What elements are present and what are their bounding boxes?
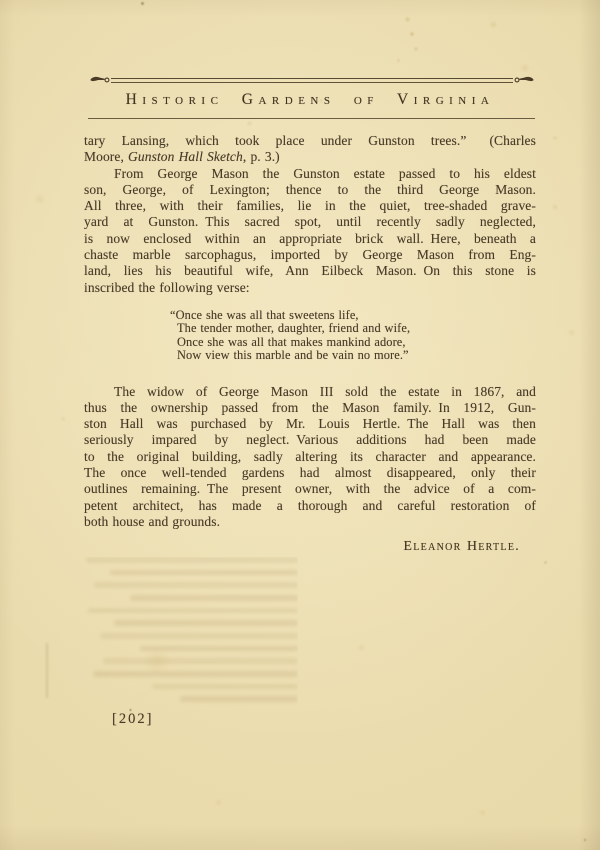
- foxing-spot: [60, 416, 66, 422]
- foxing-spot: [404, 16, 411, 23]
- show-through-line: [86, 557, 298, 563]
- foxing-spot: [246, 120, 253, 127]
- verse-line: “Once she was all that sweetens life,: [170, 309, 536, 322]
- text-line: inscribed the following verse:: [84, 280, 536, 296]
- text-line: petent architect, has made a thorough an…: [84, 498, 536, 514]
- scroll-ornament-right-icon: [513, 75, 535, 85]
- foxing-spot: [34, 193, 46, 205]
- verse-line: The tender mother, daughter, friend and …: [170, 322, 536, 335]
- verse-line: Once she was all that makes mankind ador…: [170, 336, 536, 349]
- text-line: chaste marble sarcophagus, imported by G…: [84, 247, 536, 263]
- text-line: The widow of George Mason III sold the e…: [84, 384, 536, 400]
- scroll-ornament-left-icon: [89, 75, 111, 85]
- text-line: Moore, Gunston Hall Sketch, p. 3.): [84, 149, 536, 165]
- show-through-line: [93, 671, 298, 677]
- show-through-line: [103, 658, 298, 664]
- show-through-line: [94, 582, 298, 588]
- show-through-line: [180, 696, 298, 702]
- foxing-spot: [583, 838, 587, 842]
- citation-post: , p. 3.): [243, 149, 280, 164]
- text-line: yard at Gunston. This sacred spot, until…: [84, 214, 536, 230]
- foxing-spot: [478, 808, 487, 817]
- text-line: ston Hall was purchased by Mr. Louis Her…: [84, 416, 536, 432]
- foxing-spot: [396, 58, 401, 63]
- foxing-spot: [140, 1, 145, 6]
- show-through-line: [114, 620, 298, 626]
- show-through-line: [130, 595, 298, 601]
- show-through-line: [88, 608, 298, 614]
- verse-line: Now view this marble and be vain no more…: [170, 349, 536, 362]
- text-line: seriously impared by neglect. Various ad…: [84, 432, 536, 448]
- foxing-spot: [567, 328, 576, 337]
- author-signature: Eleanor Hertle.: [84, 538, 536, 554]
- citation-title: Gunston Hall Sketch: [128, 149, 243, 164]
- double-rule: [111, 78, 513, 83]
- foxing-spot: [489, 20, 498, 29]
- title-underline: [88, 118, 535, 119]
- edge-smudge: [46, 643, 48, 698]
- text-line: land, lies his beautiful wife, Ann Eilbe…: [84, 263, 536, 279]
- foxing-spot: [357, 643, 366, 652]
- text-line: to the original building, sadly altering…: [84, 449, 536, 465]
- text-line: both house and grounds.: [84, 514, 536, 530]
- text-line: is now enclosed within an appropriate br…: [84, 231, 536, 247]
- text-line: thus the ownership passed from the Mason…: [84, 400, 536, 416]
- show-through-line: [152, 684, 298, 690]
- stain: [142, 648, 172, 674]
- show-through-line: [110, 570, 298, 576]
- text-line: All three, with their families, lie in t…: [84, 198, 536, 214]
- foxing-spot: [543, 560, 548, 565]
- text-line: From George Mason the Gunston estate pas…: [84, 166, 536, 182]
- show-through-line: [100, 633, 298, 639]
- verse-block: “Once she was all that sweetens life, Th…: [170, 309, 536, 363]
- header-rule: [89, 75, 535, 85]
- show-through-text: [76, 557, 298, 709]
- foxing-spot: [214, 798, 223, 807]
- book-page: Historic Gardens of Virginia tary Lansin…: [0, 0, 600, 850]
- text-line: The once well-tended gardens had almost …: [84, 465, 536, 481]
- foxing-spot: [551, 203, 559, 211]
- page-title: Historic Gardens of Virginia: [84, 91, 536, 109]
- foxing-spot: [552, 135, 558, 141]
- text-line: son, George, of Lexington; thence to the…: [84, 182, 536, 198]
- text-line: tary Lansing, which took place under Gun…: [84, 133, 536, 149]
- text-line: outlines remaining. The present owner, w…: [84, 481, 536, 497]
- show-through-line: [140, 646, 298, 652]
- citation-pre: Moore,: [84, 149, 128, 164]
- foxing-spot: [413, 46, 419, 52]
- page-number: [202]: [112, 711, 153, 728]
- foxing-spot: [520, 63, 530, 73]
- foxing-spot: [409, 31, 415, 37]
- body-text: tary Lansing, which took place under Gun…: [84, 133, 536, 555]
